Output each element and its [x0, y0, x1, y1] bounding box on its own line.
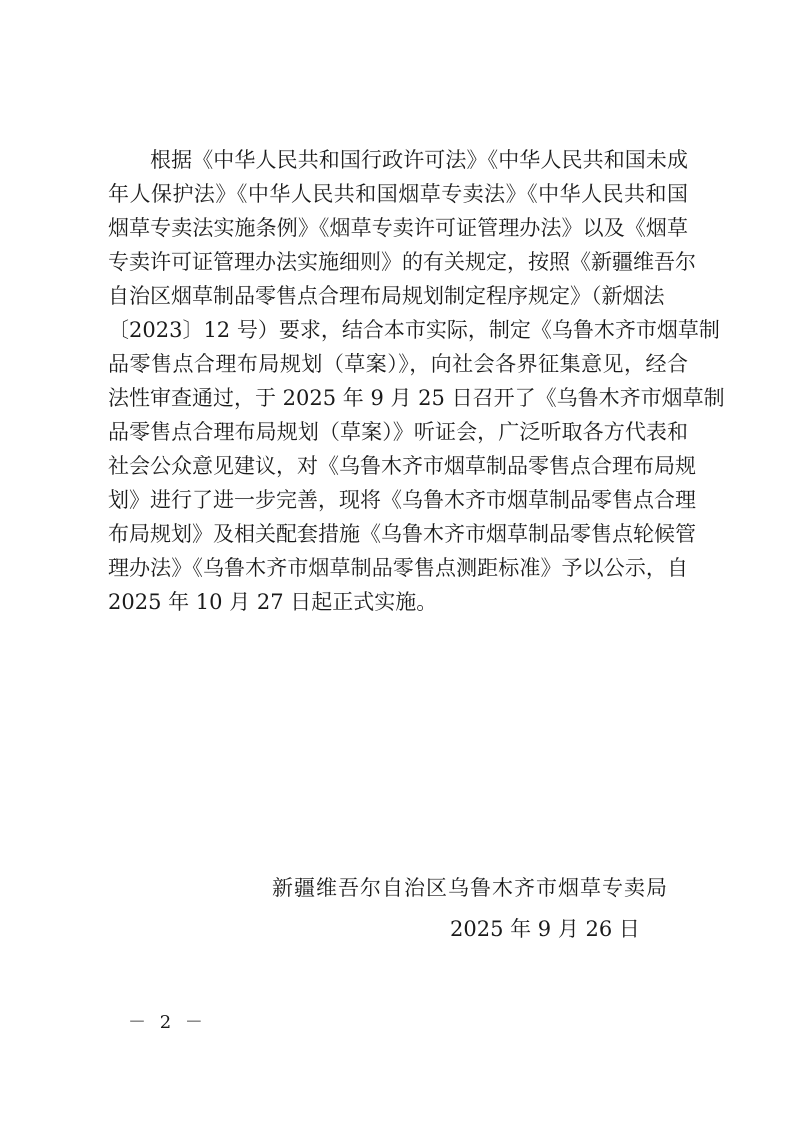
document-page: 根据《中华人民共和国行政许可法》《中华人民共和国未成 年人保护法》《中华人民共和…: [0, 0, 793, 1122]
body-line-13: 理办法》《乌鲁木齐市烟草制品零售点测距标准》予以公示，自: [108, 551, 688, 585]
issuer-signature: 新疆维吾尔自治区乌鲁木齐市烟草专卖局: [272, 871, 668, 905]
page-number: － 2 －: [128, 1010, 207, 1036]
body-line-8: 法性审查通过，于 2025 年 9 月 25 日召开了《乌鲁木齐市烟草制: [108, 381, 688, 415]
body-line-11: 划》进行了进一步完善，现将《乌鲁木齐市烟草制品零售点合理: [108, 483, 688, 517]
body-line-14: 2025 年 10 月 27 日起正式实施。: [108, 585, 688, 619]
body-line-9: 品零售点合理布局规划（草案）》听证会，广泛听取各方代表和: [108, 415, 688, 449]
body-line-4: 专卖许可证管理办法实施细则》的有关规定，按照《新疆维吾尔: [108, 245, 688, 279]
body-line-3: 烟草专卖法实施条例》《烟草专卖许可证管理办法》以及《烟草: [108, 211, 688, 245]
notice-body: 根据《中华人民共和国行政许可法》《中华人民共和国未成 年人保护法》《中华人民共和…: [108, 143, 688, 619]
body-line-10: 社会公众意见建议，对《乌鲁木齐市烟草制品零售点合理布局规: [108, 449, 688, 483]
body-line-5: 自治区烟草制品零售点合理布局规划制定程序规定》（新烟法: [108, 279, 688, 313]
body-line-6: 〔2023〕12 号）要求，结合本市实际，制定《乌鲁木齐市烟草制: [108, 313, 688, 347]
body-line-12: 布局规划》及相关配套措施《乌鲁木齐市烟草制品零售点轮候管: [108, 517, 688, 551]
body-line-2: 年人保护法》《中华人民共和国烟草专卖法》《中华人民共和国: [108, 177, 688, 211]
body-line-7: 品零售点合理布局规划（草案）》，向社会各界征集意见，经合: [108, 347, 688, 381]
body-line-1: 根据《中华人民共和国行政许可法》《中华人民共和国未成: [108, 143, 688, 177]
issue-date: 2025 年 9 月 26 日: [450, 912, 640, 946]
